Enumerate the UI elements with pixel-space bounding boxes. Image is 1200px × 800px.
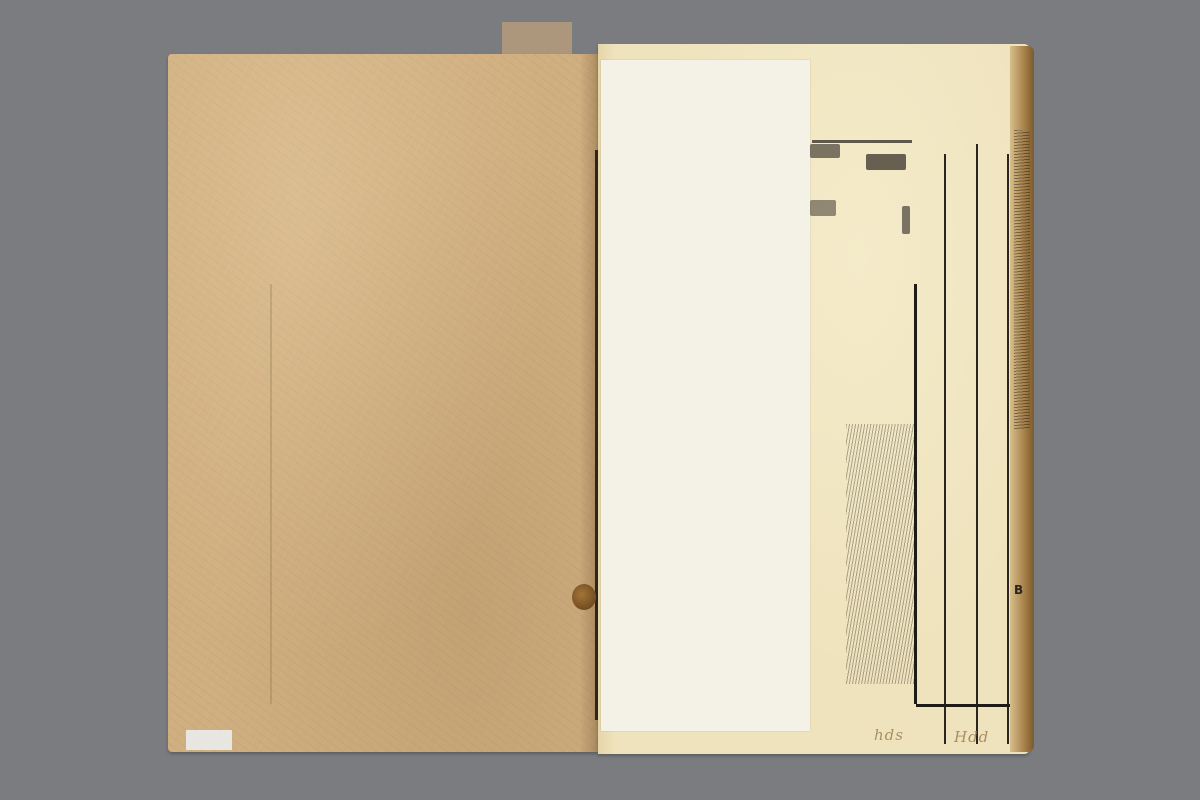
ink-blot xyxy=(810,144,840,158)
torn-corner xyxy=(186,730,232,750)
spine-hole xyxy=(572,584,596,610)
ink-blot xyxy=(866,154,906,170)
column-rule xyxy=(944,154,946,744)
pencil-annotation: Hdd xyxy=(954,728,989,746)
left-page-endpaper xyxy=(168,54,598,752)
ink-blot xyxy=(810,200,836,216)
ink-blot xyxy=(902,206,910,234)
page-crease xyxy=(270,284,272,704)
edge-ink-marks xyxy=(1014,130,1030,430)
white-paper-insert xyxy=(601,60,810,731)
ink-smudge xyxy=(846,424,916,684)
column-rule xyxy=(1007,154,1009,744)
inner-border-line xyxy=(595,150,598,720)
pencil-annotation: hds xyxy=(874,726,904,744)
column-rule xyxy=(976,144,978,744)
top-border-line xyxy=(812,140,912,143)
edge-mark: B xyxy=(1014,583,1023,597)
